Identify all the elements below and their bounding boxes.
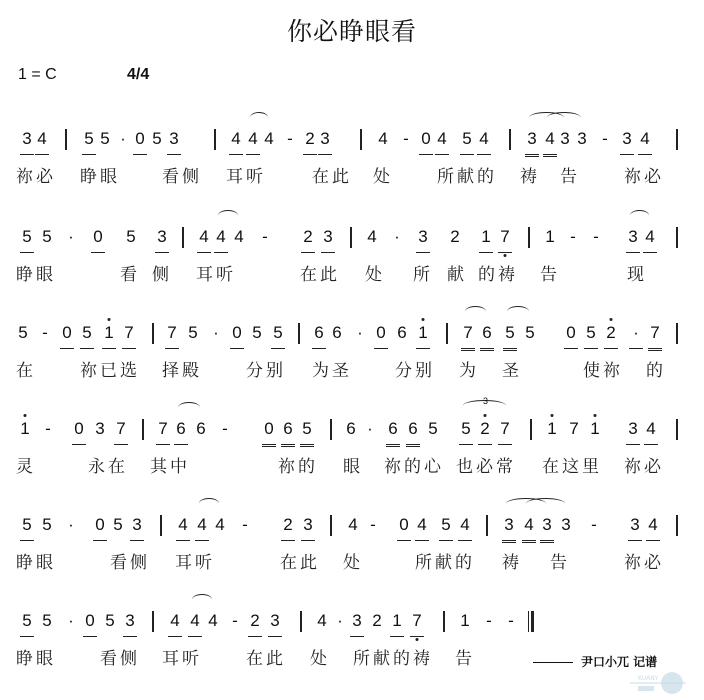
note: 3 [93, 418, 107, 444]
barline [182, 227, 184, 248]
dash-extension: - [589, 226, 603, 252]
dash-extension: - [504, 610, 518, 636]
note: 5 [124, 226, 138, 252]
note: 3 [416, 226, 430, 253]
lyric: 眼 [343, 452, 363, 477]
note: 2 [248, 610, 262, 637]
note: 0 [93, 514, 107, 541]
note: 0 [133, 128, 147, 155]
note: 5 [150, 128, 164, 154]
note: 3 [626, 418, 640, 445]
note: 3 [558, 128, 572, 154]
lyric: 在 [16, 356, 36, 381]
note: 6 [406, 418, 420, 447]
octave-dot-below [504, 254, 507, 257]
barline [298, 323, 300, 344]
note: 0 [397, 514, 411, 541]
note: 5 [460, 128, 474, 155]
lyric: 耳听 [196, 260, 236, 285]
note: 3 [626, 226, 640, 253]
note: 2 [478, 418, 492, 445]
note: 3 [540, 514, 554, 543]
dash-extension: - [258, 226, 272, 252]
note: 7 [498, 418, 512, 445]
dot-extension: · [363, 418, 377, 444]
note: 4 [376, 128, 390, 154]
lyric: 处 [373, 162, 393, 187]
tie-slur [630, 210, 649, 221]
notation-row: 55·053444-234·32171-- [0, 610, 704, 640]
barline [443, 611, 445, 632]
note: 2 [301, 226, 315, 253]
lyric: 祢必 [16, 162, 56, 187]
note: 4 [643, 226, 657, 253]
note: 3 [525, 128, 539, 157]
dash-extension: - [238, 514, 252, 540]
notation-row: 55·053444-234-04543433-34 [0, 514, 704, 544]
lyric: 祢必 [624, 162, 664, 187]
note: 0 [72, 418, 86, 445]
note: 5 [523, 322, 537, 348]
dash-extension: - [228, 610, 242, 636]
note: 6 [386, 418, 400, 447]
note: 3 [155, 226, 169, 253]
lyric: 分别 [395, 356, 435, 381]
lyric: 耳听 [162, 644, 202, 669]
note: 7 [567, 418, 581, 444]
lyric: 分别 [246, 356, 286, 381]
lyric: 的 [646, 356, 666, 381]
barline [446, 323, 448, 344]
barline [528, 227, 530, 248]
note: 5 [82, 128, 96, 155]
dot-extension: · [333, 610, 347, 636]
note: 1 [102, 322, 116, 349]
barline [330, 419, 332, 440]
note: 5 [186, 322, 200, 348]
lyric: 处 [365, 260, 385, 285]
dash-extension: - [482, 610, 496, 636]
triplet-number: 3 [481, 396, 491, 406]
barline [676, 515, 678, 536]
dash-extension: - [283, 128, 297, 154]
credit-text: 尹口小兀 记谱 [581, 655, 657, 669]
note: 5 [40, 226, 54, 252]
tie-slur [465, 306, 486, 317]
tie-slur [199, 498, 219, 509]
note: 2 [303, 128, 317, 155]
note: 3 [130, 514, 144, 541]
note: 3 [318, 128, 332, 155]
note: 4 [638, 128, 652, 155]
note: 4 [246, 128, 260, 155]
note: 3 [350, 610, 364, 637]
note: 0 [564, 322, 578, 349]
lyric: 所献的 [415, 548, 475, 573]
note: 4 [646, 514, 660, 541]
note: 5 [20, 514, 34, 541]
lyric: 使祢 [583, 356, 623, 381]
note: 5 [271, 322, 285, 349]
barline [300, 611, 302, 632]
notation-row: 5-051775·05566·0617655052·7 [0, 322, 704, 352]
lyric: 睁眼 [16, 644, 56, 669]
note: 4 [644, 418, 658, 445]
credit: 尹口小兀 记谱 [533, 653, 657, 670]
note: 6 [344, 418, 358, 444]
barline [676, 419, 678, 440]
dot-extension: · [64, 226, 78, 252]
note: 6 [330, 322, 344, 348]
watermark-logo-icon: KUANY [628, 670, 688, 696]
note: 5 [250, 322, 264, 348]
lyric: 的祷 [478, 260, 518, 285]
note: 7 [410, 610, 424, 637]
dot-extension: · [64, 514, 78, 540]
note: 1 [545, 418, 559, 444]
tie-slur [218, 210, 238, 221]
note: 4 [477, 128, 491, 155]
note: 0 [60, 322, 74, 349]
dot-extension: · [629, 322, 643, 349]
lyric: 耳听 [175, 548, 215, 573]
lyric: 祢的心 [384, 452, 444, 477]
note: 3 [167, 128, 181, 155]
dot-extension: · [390, 226, 404, 252]
note: 5 [40, 514, 54, 540]
notation-row: 1-037766-0656·665527317134 [0, 418, 704, 448]
lyric: 告 [560, 162, 580, 187]
lyric: 所献的 [437, 162, 497, 187]
lyric: 现 [627, 260, 647, 285]
dot-extension: · [64, 610, 78, 636]
octave-dot-above [610, 318, 613, 321]
note: 4 [346, 514, 360, 540]
lyric: 在这里 [542, 452, 602, 477]
dot-extension: · [209, 322, 223, 348]
note: 1 [479, 226, 493, 253]
svg-text:KUANY: KUANY [638, 675, 659, 682]
note: 4 [35, 128, 49, 155]
lyric: 睁眼 [16, 548, 56, 573]
lyric: 也必常 [456, 452, 516, 477]
dash-extension: - [587, 514, 601, 540]
lyric: 为 [459, 356, 479, 381]
tie-slur [250, 112, 268, 123]
lyric: 看侧 [100, 644, 140, 669]
note: 4 [262, 128, 276, 154]
note: 0 [374, 322, 388, 349]
note: 5 [300, 418, 314, 447]
final-barline [528, 611, 534, 632]
notation-row: 55·053444-234·32171--34 [0, 226, 704, 256]
barline [152, 611, 154, 632]
note: 4 [206, 610, 220, 636]
dash-extension: - [598, 128, 612, 154]
note: 4 [229, 128, 243, 155]
note: 7 [165, 322, 179, 349]
lyric: 睁眼 [80, 162, 120, 187]
barline [676, 129, 678, 150]
dash-extension: - [38, 322, 52, 348]
note: 6 [194, 418, 208, 444]
note: 2 [448, 226, 462, 252]
note: 0 [262, 418, 276, 447]
note: 4 [415, 514, 429, 541]
lyric: 在此 [312, 162, 352, 187]
barline [160, 515, 162, 536]
note: 1 [18, 418, 32, 444]
lyric: 所献的祷 [353, 644, 433, 669]
barline [350, 227, 352, 248]
note: 3 [559, 514, 573, 540]
lyric: 处 [310, 644, 330, 669]
note: 5 [80, 322, 94, 349]
dash-extension: - [366, 514, 380, 540]
dash-extension: - [566, 226, 580, 252]
lyric: 看 [120, 260, 140, 285]
lyric: 侧 [152, 260, 172, 285]
note: 5 [98, 128, 112, 154]
lyric: 其中 [150, 452, 190, 477]
barline [360, 129, 362, 150]
note: 7 [114, 418, 128, 445]
barline [152, 323, 154, 344]
song-title: 你必睁眼看 [0, 12, 704, 48]
lyric: 祢已选 [80, 356, 140, 381]
note: 5 [20, 226, 34, 253]
octave-dot-above [24, 414, 27, 417]
note: 5 [103, 610, 117, 636]
note: 4 [214, 226, 228, 253]
octave-dot-below [416, 638, 419, 641]
lyric: 择殿 [162, 356, 202, 381]
note: 4 [197, 226, 211, 253]
lyric: 告 [455, 644, 475, 669]
dash-extension: - [399, 128, 413, 154]
note: 1 [390, 610, 404, 637]
note: 2 [370, 610, 384, 636]
note: 3 [321, 226, 335, 253]
dot-extension: · [116, 128, 130, 154]
note: 3 [620, 128, 634, 155]
octave-dot-above [594, 414, 597, 417]
lyric: 所 [413, 260, 433, 285]
lyric: 圣 [502, 356, 522, 381]
lyric: 灵 [16, 452, 36, 477]
note: 3 [575, 128, 589, 154]
note: 3 [268, 610, 282, 637]
lyric: 睁眼 [16, 260, 56, 285]
lyric: 祢必 [624, 548, 664, 573]
credit-dash [533, 662, 573, 663]
lyric: 为圣 [312, 356, 352, 381]
lyric: 告 [550, 548, 570, 573]
note: 5 [439, 514, 453, 541]
lyric: 看侧 [110, 548, 150, 573]
note: 6 [174, 418, 188, 445]
note: 0 [419, 128, 433, 155]
barline [214, 129, 216, 150]
note: 7 [156, 418, 170, 445]
note: 6 [395, 322, 409, 348]
lyric: 在此 [300, 260, 340, 285]
octave-dot-above [422, 318, 425, 321]
time-signature: 4/4 [127, 66, 149, 84]
note: 5 [426, 418, 440, 444]
note: 4 [188, 610, 202, 637]
key-signature: 1 = C [18, 66, 57, 84]
barline [486, 515, 488, 536]
tie-slur [192, 594, 212, 605]
lyric: 祷 [502, 548, 522, 573]
lyric: 在此 [246, 644, 286, 669]
lyric: 在此 [280, 548, 320, 573]
lyric: 耳听 [226, 162, 266, 187]
barline [330, 515, 332, 536]
octave-dot-above [484, 414, 487, 417]
barline [530, 419, 532, 440]
note: 0 [83, 610, 97, 637]
note: 6 [480, 322, 494, 351]
dot-extension: · [353, 322, 367, 348]
note: 7 [122, 322, 136, 349]
note: 1 [458, 610, 472, 636]
note: 7 [461, 322, 475, 351]
tie-slur [526, 498, 565, 509]
note: 5 [111, 514, 125, 540]
note: 5 [459, 418, 473, 445]
lyric: 祷 [520, 162, 540, 187]
note: 4 [168, 610, 182, 637]
note: 1 [588, 418, 602, 444]
note: 4 [195, 514, 209, 541]
note: 5 [16, 322, 30, 348]
note: 4 [458, 514, 472, 541]
octave-dot-above [108, 318, 111, 321]
note: 3 [301, 514, 315, 541]
tie-slur [507, 306, 529, 317]
barline [676, 323, 678, 344]
note: 7 [648, 322, 662, 351]
note: 3 [628, 514, 642, 541]
note: 2 [604, 322, 618, 349]
lyric: 祢必 [624, 452, 664, 477]
note: 4 [543, 128, 557, 157]
tie-slur [547, 112, 581, 123]
note: 1 [543, 226, 557, 252]
note: 0 [230, 322, 244, 349]
notation-row: 3455·053444-234-04543433-34 [0, 128, 704, 158]
lyric: 看侧 [162, 162, 202, 187]
note: 7 [498, 226, 512, 253]
note: 6 [281, 418, 295, 447]
note: 0 [91, 226, 105, 253]
note: 4 [176, 514, 190, 541]
lyric: 处 [343, 548, 363, 573]
note: 5 [20, 610, 34, 637]
note: 1 [416, 322, 430, 349]
barline [142, 419, 144, 440]
note: 2 [281, 514, 295, 541]
barline [65, 129, 67, 150]
note: 5 [584, 322, 598, 349]
note: 4 [315, 610, 329, 636]
note: 3 [123, 610, 137, 637]
note: 4 [522, 514, 536, 543]
octave-dot-above [551, 414, 554, 417]
note: 3 [20, 128, 34, 155]
lyric: 献 [447, 260, 467, 285]
note: 4 [232, 226, 246, 252]
note: 4 [365, 226, 379, 252]
note: 6 [312, 322, 326, 349]
lyric: 祢的 [278, 452, 318, 477]
barline [509, 129, 511, 150]
note: 5 [40, 610, 54, 636]
note: 3 [502, 514, 516, 543]
note: 4 [213, 514, 227, 540]
note: 5 [503, 322, 517, 351]
lyric: 永在 [88, 452, 128, 477]
note: 4 [435, 128, 449, 155]
dash-extension: - [218, 418, 232, 444]
dash-extension: - [41, 418, 55, 444]
lyric: 告 [540, 260, 560, 285]
barline [676, 227, 678, 248]
tie-slur [178, 402, 200, 413]
